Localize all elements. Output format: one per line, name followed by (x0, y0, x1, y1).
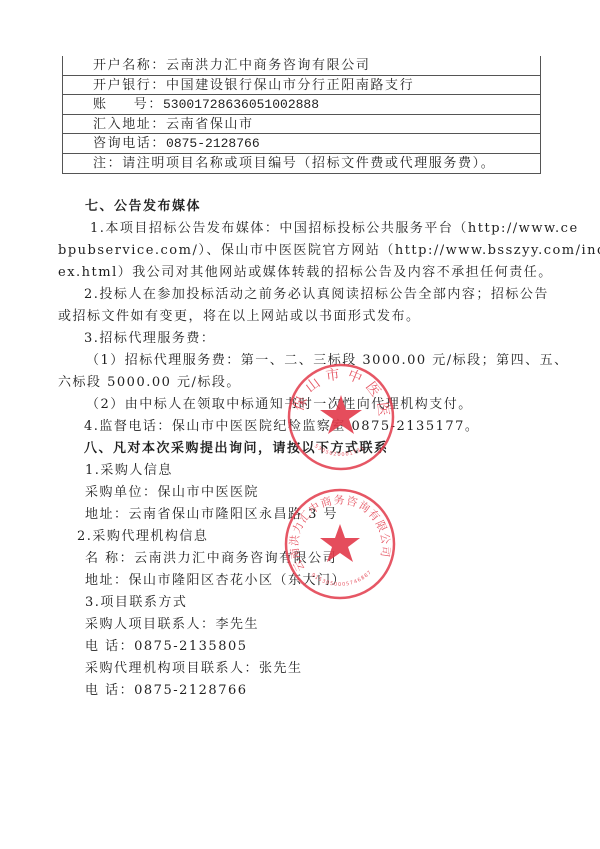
section-8-heading: 八、凡对本次采购提出询问，请按以下方式联系 (84, 441, 389, 457)
paragraph-line: 4.监督电话：保山市中医医院纪检监察室 0875-2135177。 (84, 419, 479, 435)
paragraph-line: 电 话：0875-2128766 (85, 683, 248, 699)
paragraph-line: 名 称：云南洪力汇中商务咨询有限公司 (85, 551, 337, 567)
paragraph-line: 2.采购代理机构信息 (77, 529, 208, 545)
paragraph-line: （2）由中标人在领取中标通知书时一次性向代理机构支付。 (86, 397, 473, 413)
table-row: 开户名称：云南洪力汇中商务咨询有限公司 (63, 56, 540, 76)
paragraph-line: 电 话：0875-2135805 (85, 639, 248, 655)
row-value: 云南洪力汇中商务咨询有限公司 (166, 58, 370, 73)
row-value: 中国建设银行保山市分行正阳南路支行 (166, 78, 414, 93)
paragraph-line: 采购人项目联系人：李先生 (85, 617, 259, 633)
row-label: 账号： (93, 95, 163, 115)
row-label: 注： (93, 156, 122, 171)
label-part: 账 (93, 97, 108, 112)
row-label: 开户名称： (93, 58, 166, 73)
table-row: 汇入地址：云南省保山市 (63, 115, 540, 135)
table-row: 账号：53001728636051002888 (63, 95, 540, 115)
paragraph-line: bpubservice.com/）、保山市中医医院官方网站（http://www… (58, 243, 600, 259)
row-value: 请注明项目名称或项目编号（招标文件费或代理服务费）。 (122, 156, 495, 171)
section-7-heading: 七、公告发布媒体 (85, 199, 201, 215)
row-value: 0875-2128766 (166, 136, 260, 151)
paragraph-line: 采购代理机构项目联系人：张先生 (85, 661, 303, 677)
label-part: 号： (134, 95, 163, 115)
paragraph-line: 3.招标代理服务费： (84, 331, 215, 347)
paragraph-line: 地址：保山市隆阳区杏花小区（东大门） (85, 573, 346, 589)
paragraph-line: 3.项目联系方式 (85, 595, 187, 611)
paragraph-line: 1.本项目招标公告发布媒体：中国招标投标公共服务平台（http://www.ce (90, 221, 579, 237)
paragraph-line: 或招标文件如有变更，将在以上网站或以书面形式发布。 (58, 309, 421, 325)
bank-info-table: 开户名称：云南洪力汇中商务咨询有限公司 开户银行：中国建设银行保山市分行正阳南路… (62, 56, 541, 174)
paragraph-line: 2.投标人在参加投标活动之前务必认真阅读招标公告全部内容；招标公告 (84, 287, 549, 303)
table-row: 注：请注明项目名称或项目编号（招标文件费或代理服务费）。 (63, 154, 540, 174)
paragraph-line: 采购单位：保山市中医医院 (85, 485, 259, 501)
paragraph-line: （1）招标代理服务费：第一、二、三标段 3000.00 元/标段；第四、五、 (86, 353, 569, 369)
svg-text:保山市中医医院: 保山市中医医院 (286, 362, 392, 423)
paragraph-line: 1.采购人信息 (85, 463, 173, 479)
table-row: 咨询电话：0875-2128766 (63, 134, 540, 154)
row-label: 开户银行： (93, 78, 166, 93)
paragraph-line: ex.html）我公司对其他网站或媒体转载的招标公告及内容不承担任何责任。 (58, 265, 553, 281)
row-value: 云南省保山市 (166, 117, 254, 132)
document-page: 开户名称：云南洪力汇中商务咨询有限公司 开户银行：中国建设银行保山市分行正阳南路… (0, 0, 600, 849)
paragraph-line: 地址：云南省保山市隆阳区永昌路 3 号 (85, 507, 338, 523)
row-value: 53001728636051002888 (163, 97, 319, 112)
row-label: 汇入地址： (93, 117, 166, 132)
table-row: 开户银行：中国建设银行保山市分行正阳南路支行 (63, 76, 540, 96)
row-label: 咨询电话： (93, 136, 166, 151)
paragraph-line: 六标段 5000.00 元/标段。 (58, 375, 241, 391)
